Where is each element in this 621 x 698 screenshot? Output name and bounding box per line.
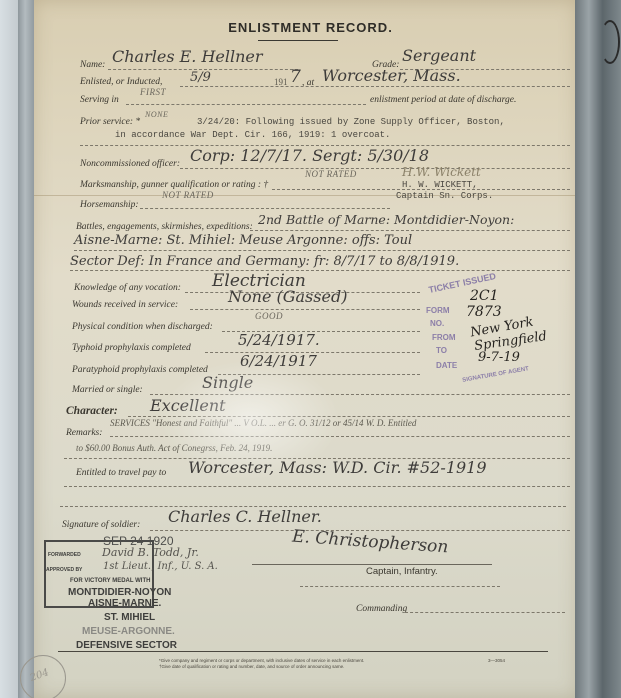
enlisted-place: Worcester, Mass. — [322, 66, 461, 85]
battles-line-2: Aisne-Marne: St. Mihiel: Meuse Argonne: … — [74, 233, 412, 248]
medal-approved-label: APPROVED BY — [46, 567, 82, 573]
name-value: Charles E. Hellner — [112, 47, 263, 66]
officer-title: Captain, Infantry. — [366, 566, 438, 577]
prior-service-typed-line-1: 3/24/20: Following issued by Zone Supply… — [197, 117, 505, 127]
medal-approved-title: 1st Lieut., Inf., U. S. A. — [103, 561, 218, 572]
marksmanship-value: NOT RATED — [305, 169, 357, 179]
serving-value: FIRST — [140, 87, 166, 97]
nco-value: Corp: 12/7/17. Sergt: 5/30/18 — [190, 146, 429, 165]
travel-value: Worcester, Mass: W.D. Cir. #52-1919 — [188, 458, 487, 477]
wickett-typed-title: Captain Sn. Corps. — [396, 191, 493, 201]
paper-fold-line — [34, 195, 577, 196]
prior-service-typed-line-2: in accordance War Dept. Cir. 166, 1919: … — [115, 130, 390, 140]
serving-suffix: enlistment period at date of discharge. — [370, 95, 516, 105]
ticket-no-value: 7873 — [466, 304, 502, 320]
title-underline — [258, 40, 338, 41]
married-label: Married or single: — [72, 385, 143, 395]
typhoid-value: 5/24/1917. — [238, 331, 320, 349]
medal-line: FOR VICTORY MEDAL WITH — [70, 578, 150, 584]
clasp-st-mihiel: ST. MIHIEL — [104, 612, 155, 623]
battles-line-3: Sector Def: In France and Germany: fr: 8… — [70, 254, 459, 269]
wounds-label: Wounds received in service: — [72, 300, 178, 310]
wickett-typed-name: H. W. WICKETT, — [402, 180, 478, 190]
prior-service-label: Prior service: * — [80, 117, 140, 127]
grade-value: Sergeant — [402, 46, 476, 65]
travel-label: Entitled to travel pay to — [76, 468, 166, 478]
footnote-2: †Give date of qualification or rating an… — [159, 664, 344, 669]
wounds-value: None (Gassed) — [228, 287, 347, 306]
clasp-defensive-sector: DEFENSIVE SECTOR — [76, 640, 177, 651]
form-number: 3—3054 — [488, 658, 505, 663]
ticket-date-label: DATE — [436, 361, 457, 370]
wickett-signature: H.W. Wickett — [402, 165, 481, 179]
battles-line-1: 2nd Battle of Marne: Montdidier-Noyon: — [258, 212, 514, 227]
character-label: Character: — [66, 405, 118, 417]
horsemanship-label: Horsemanship: — [80, 200, 139, 210]
battles-label: Battles, engagements, skirmishes, expedi… — [76, 222, 253, 232]
horsemanship-value: NOT RATED — [162, 190, 214, 200]
ticket-form-label: FORM — [426, 306, 450, 315]
vocation-label: Knowledge of any vocation: — [74, 283, 181, 293]
nco-label: Noncommissioned officer: — [80, 159, 180, 169]
enlisted-label: Enlisted, or Inducted, — [80, 77, 162, 87]
ticket-form-value: 2C1 — [470, 288, 499, 304]
enlisted-year-suffix: 7 — [290, 67, 301, 87]
soldier-signature-value: Charles C. Hellner. — [168, 507, 322, 526]
soldier-signature-label: Signature of soldier: — [62, 520, 140, 530]
ticket-no-label: NO. — [430, 319, 444, 328]
clasp-montdidier-noyon: MONTDIDIER-NOYON — [68, 587, 171, 598]
ticket-date-value: 9-7-19 — [478, 350, 520, 365]
clasp-aisne-marne: AISNE-MARNE. — [88, 598, 161, 609]
ticket-from-label: FROM — [432, 333, 456, 342]
marksmanship-label: Marksmanship, gunner qualification or ra… — [80, 180, 268, 190]
background-left — [0, 0, 20, 698]
ticket-to-label: TO — [436, 346, 447, 355]
typhoid-label: Typhoid prophylaxis completed — [72, 343, 191, 353]
commanding-label: Commanding — [356, 604, 407, 614]
medal-forwarded-by: David B. Todd, Jr. — [102, 546, 199, 559]
physical-value: GOOD — [255, 311, 283, 321]
serving-label: Serving in — [80, 95, 119, 105]
prior-service-value: NONE — [145, 110, 168, 119]
physical-label: Physical condition when discharged: — [72, 322, 213, 332]
binder-spine-right — [575, 0, 621, 698]
clasp-meuse-argonne: MEUSE-ARGONNE. — [82, 626, 175, 637]
enlisted-date: 5/9 — [190, 70, 211, 85]
medal-forwarded-label: FORWARDED — [48, 552, 81, 558]
document-title: ENLISTMENT RECORD. — [0, 20, 621, 35]
name-label: Name: — [80, 60, 105, 70]
footer-rule — [58, 651, 548, 652]
remarks-label: Remarks: — [66, 428, 102, 438]
footnote-1: *Give company and regiment or corps or d… — [159, 658, 364, 663]
